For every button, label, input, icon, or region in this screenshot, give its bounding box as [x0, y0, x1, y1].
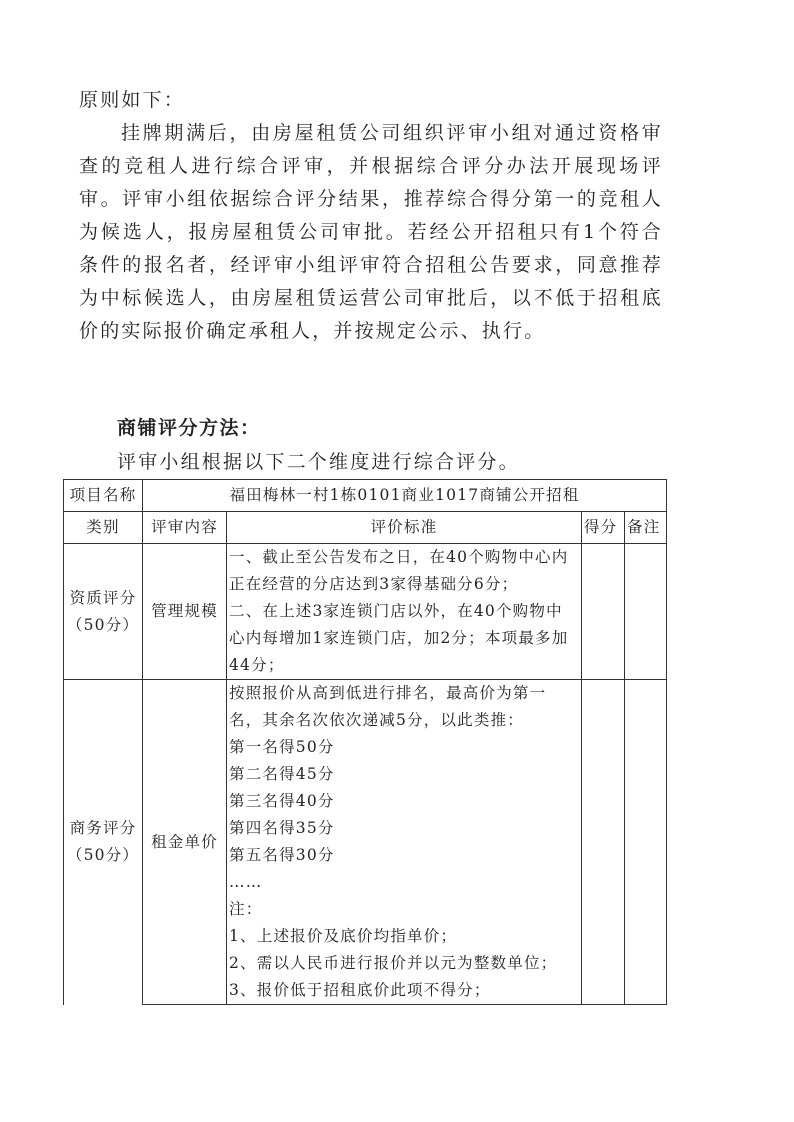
criteria-note: 2、需以人民币进行报价并以元为整数单位；	[229, 950, 579, 977]
section-heading: 商铺评分方法：	[117, 412, 701, 445]
category-cell: 商务评分 （50分）	[64, 680, 143, 1005]
table-row-business: 商务评分 （50分） 租金单价 按照报价从高到低进行排名，最高价为第一名，其余名…	[64, 680, 667, 1005]
table-row-qualification: 资质评分 （50分） 管理规模 一、截止至公告发布之日，在40个购物中心内正在经…	[64, 544, 667, 680]
project-name: 福田梅林一村1栋0101商业1017商铺公开招租	[143, 480, 667, 512]
criteria-item: 第一名得50分	[229, 734, 579, 761]
criteria-item: 第四名得35分	[229, 815, 579, 842]
criteria-item: ……	[229, 869, 579, 896]
intro-line: 原则如下：	[79, 84, 663, 117]
header-score: 得分	[582, 512, 625, 544]
criteria-note-label: 注：	[229, 896, 579, 923]
criteria-item: 按照报价从高到低进行排名，最高价为第一名，其余名次依次递减5分，以此类推：	[229, 680, 579, 734]
remark-cell	[625, 544, 667, 680]
category-points: （50分）	[66, 842, 140, 869]
criteria-item: 第二名得45分	[229, 761, 579, 788]
document-page: 原则如下： 挂牌期满后，由房屋租赁公司组织评审小组对通过资格审查的竞租人进行综合…	[0, 0, 794, 1122]
content-cell: 管理规模	[143, 544, 227, 680]
criteria-cell: 一、截止至公告发布之日，在40个购物中心内正在经营的分店达到3家得基础分6分； …	[227, 544, 582, 680]
project-label: 项目名称	[64, 480, 143, 512]
section-intro: 评审小组根据以下二个维度进行综合评分。	[117, 446, 701, 479]
body-paragraph: 挂牌期满后，由房屋租赁公司组织评审小组对通过资格审查的竞租人进行综合评审，并根据…	[79, 117, 663, 348]
criteria-item: 二、在上述3家连锁门店以外，在40个购物中心内每增加1家连锁门店，加2分；本项最…	[229, 598, 579, 679]
header-row: 类别 评审内容 评价标准 得分 备注	[64, 512, 667, 544]
category-cell: 资质评分 （50分）	[64, 544, 143, 680]
header-category: 类别	[64, 512, 143, 544]
header-remark: 备注	[625, 512, 667, 544]
score-cell	[582, 544, 625, 680]
remark-cell	[625, 680, 667, 1005]
category-name: 资质评分	[66, 585, 140, 612]
criteria-cell: 按照报价从高到低进行排名，最高价为第一名，其余名次依次递减5分，以此类推： 第一…	[227, 680, 582, 1005]
criteria-item: 一、截止至公告发布之日，在40个购物中心内正在经营的分店达到3家得基础分6分；	[229, 544, 579, 598]
criteria-item: 第五名得30分	[229, 842, 579, 869]
category-name: 商务评分	[66, 815, 140, 842]
header-content: 评审内容	[143, 512, 227, 544]
content-cell: 租金单价	[143, 680, 227, 1005]
header-criteria: 评价标准	[227, 512, 582, 544]
project-row: 项目名称 福田梅林一村1栋0101商业1017商铺公开招租	[64, 480, 667, 512]
scoring-table: 项目名称 福田梅林一村1栋0101商业1017商铺公开招租 类别 评审内容 评价…	[63, 479, 667, 1005]
score-cell	[582, 680, 625, 1005]
criteria-note: 3、报价低于招租底价此项不得分；	[229, 977, 579, 1004]
criteria-note: 1、上述报价及底价均指单价；	[229, 923, 579, 950]
criteria-item: 第三名得40分	[229, 788, 579, 815]
category-points: （50分）	[66, 612, 140, 639]
